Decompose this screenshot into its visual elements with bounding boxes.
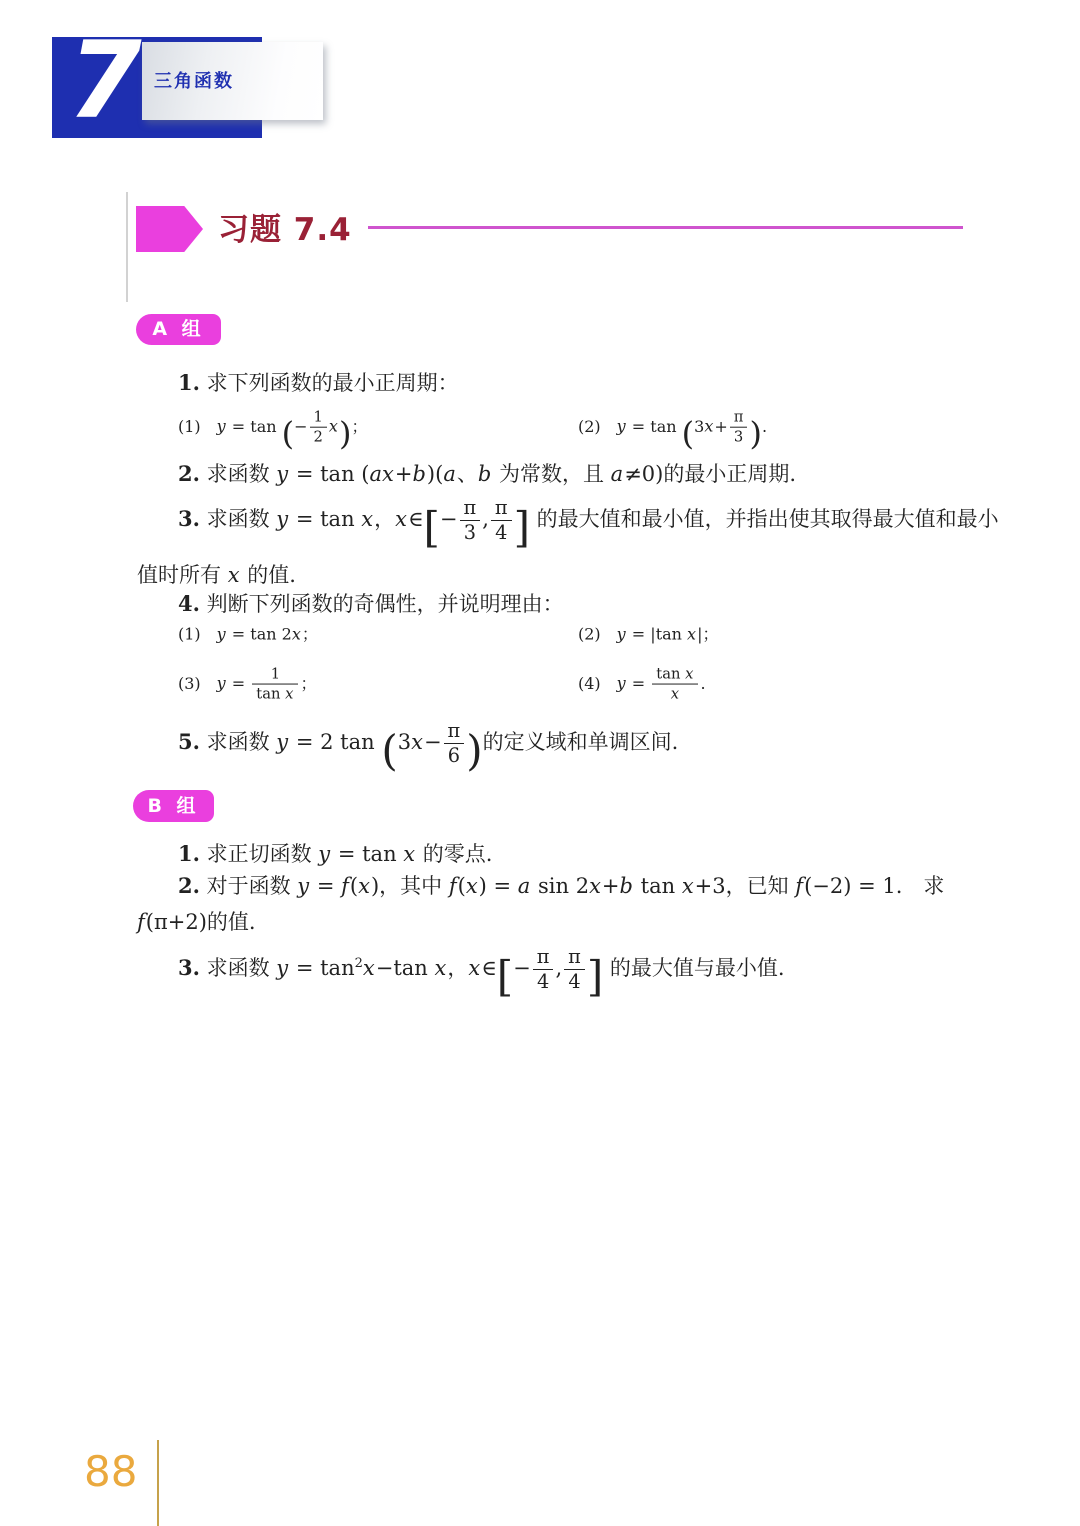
problem-a2: 2. 求函数 y = tan (ax+b)(a、b 为常数，且 a≠0)的最小正… (137, 460, 1038, 488)
problem-b2-line2: f(π+2)的值. (137, 909, 997, 936)
problem-a4-part1: (1) y = tan 2x； (178, 622, 318, 645)
group-b-badge: B 组 (133, 790, 214, 822)
problem-a1-heading: 1. 求下列函数的最小正周期： (137, 369, 1038, 397)
chapter-tab: 三角函数 (142, 42, 323, 120)
problem-a1-parts: (1) y = tan (−12x)； (2) y = tan (3x+π3). (137, 402, 997, 456)
section-rule (368, 226, 963, 229)
group-b-label: B 组 (147, 795, 199, 817)
problem-b3: 3. 求函数 y = tan2x−tan x，x∈[−π4,π4] 的最大值与最… (137, 946, 1038, 998)
chapter-number: 7 (68, 29, 142, 133)
problem-a4-heading: 4. 判断下列函数的奇偶性，并说明理由： (137, 590, 1038, 618)
problem-a1-part1: (1) y = tan (−12x)； (178, 409, 367, 450)
problem-a3-line2: 值时所有 x 的值. (137, 562, 997, 589)
problem-a4-part3: (3) y = 1tan x； (178, 666, 316, 703)
problem-a1-part2: (2) y = tan (3x+π3). (578, 409, 767, 450)
group-a-label: A 组 (152, 318, 204, 340)
arrow-icon (136, 206, 203, 252)
footer-rule (157, 1440, 159, 1526)
problem-a4-parts-3-4: (3) y = 1tan x； (4) y = tan xx. (137, 657, 997, 711)
problem-b2-line1: 2. 对于函数 y = f(x)，其中 f(x) = a sin 2x+b ta… (137, 872, 1038, 900)
margin-rule (126, 192, 128, 302)
problem-a4-parts-1-2: (1) y = tan 2x； (2) y = |tan x|； (137, 618, 997, 648)
group-a-badge: A 组 (136, 314, 221, 345)
page-number: 88 (84, 1447, 137, 1496)
problem-a4-part4: (4) y = tan xx. (578, 666, 706, 703)
problem-b1: 1. 求正切函数 y = tan x 的零点. (137, 840, 1038, 868)
chapter-title: 三角函数 (154, 67, 234, 93)
problem-a5: 5. 求函数 y = 2 tan (3x−π6)的定义域和单调区间. (137, 720, 1038, 772)
section-title: 习题 7.4 (218, 204, 352, 249)
problem-a3-line1: 3. 求函数 y = tan x，x∈[−π3,π4] 的最大值和最小值，并指出… (137, 497, 1038, 549)
problem-a4-part2: (2) y = |tan x|； (578, 622, 718, 645)
